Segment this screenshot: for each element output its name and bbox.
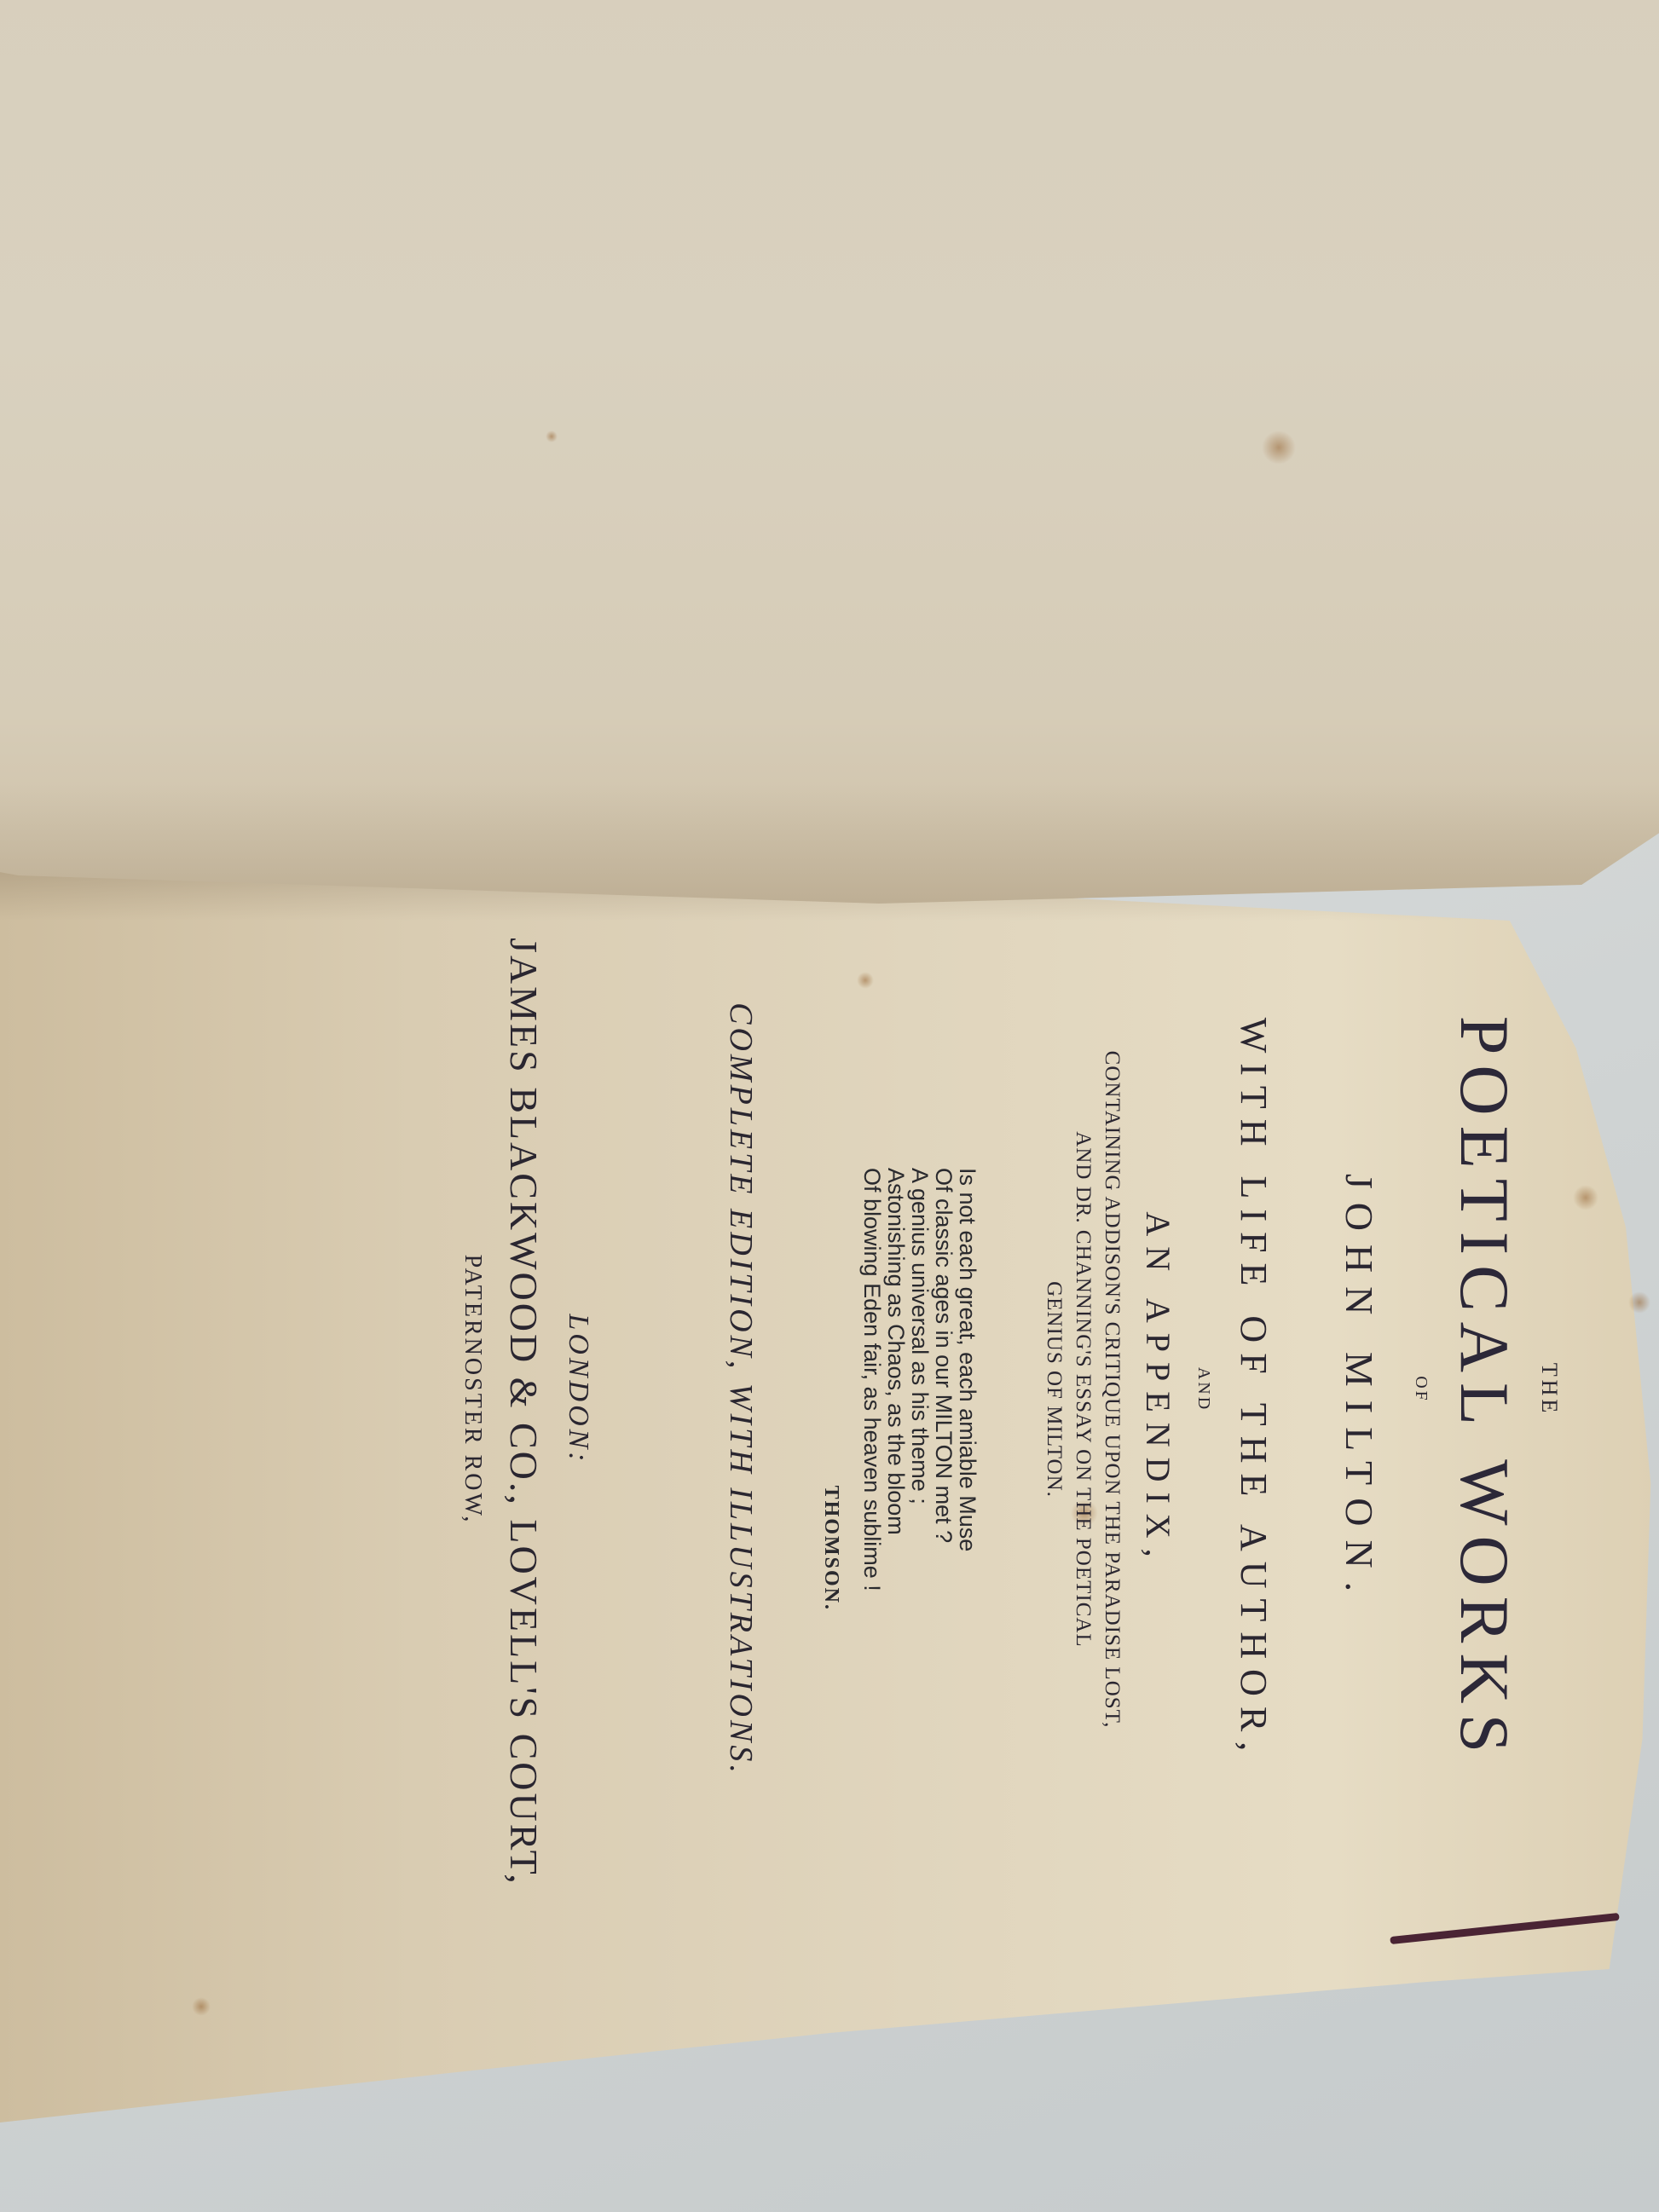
epigraph-line: A genius universal as his theme ; (908, 1168, 932, 1611)
author-name: JOHN MILTON. (1337, 938, 1382, 1841)
title-page-text: THE POETICAL WORKS OF JOHN MILTON. WITH … (138, 938, 1570, 1841)
foxing-spot (1262, 430, 1296, 465)
imprint-address: PATERNOSTER ROW, (459, 938, 486, 1841)
epigraph-line: Of blowing Eden fair, as heaven sublime … (860, 1168, 884, 1611)
edition-statement: COMPLETE EDITION, WITH ILLUSTRATIONS. (722, 938, 760, 1841)
epigraph-attribution: THOMSON. (819, 1168, 843, 1611)
foxing-spot (1628, 1291, 1650, 1314)
and-conjunction: AND (1194, 938, 1213, 1841)
blank-flyleaf-page (0, 0, 1659, 904)
title-of: OF (1411, 938, 1431, 1841)
foxing-spot (546, 430, 558, 442)
appendix-line: AN APPENDIX, (1138, 938, 1178, 1841)
epigraph-line: Is not each great, each amiable Muse (956, 1168, 980, 1611)
contents-line: CONTAINING ADDISON'S CRITIQUE UPON THE P… (1097, 938, 1126, 1841)
foxing-spot (1573, 1185, 1598, 1210)
foxing-spot (192, 1997, 211, 2016)
epigraph: Is not each great, each amiable Muse Of … (819, 1168, 980, 1611)
imprint-city: LONDON: (562, 938, 594, 1841)
imprint-publisher: JAMES BLACKWOOD & CO., LOVELL'S COURT, (501, 938, 546, 1841)
epigraph-line: Of classic ages in our MILTON met ? (932, 1168, 956, 1611)
contents-description: CONTAINING ADDISON'S CRITIQUE UPON THE P… (1039, 938, 1126, 1841)
contents-line: AND DR. CHANNING'S ESSAY ON THE POETICAL (1068, 938, 1097, 1841)
contents-line: GENIUS OF MILTON. (1039, 938, 1068, 1841)
epigraph-line: Astonishing as Chaos, as the bloom (884, 1168, 908, 1611)
title-article: THE (1536, 938, 1562, 1841)
main-title: POETICAL WORKS (1444, 938, 1524, 1841)
life-of-author-line: WITH LIFE OF THE AUTHOR, (1232, 938, 1275, 1841)
